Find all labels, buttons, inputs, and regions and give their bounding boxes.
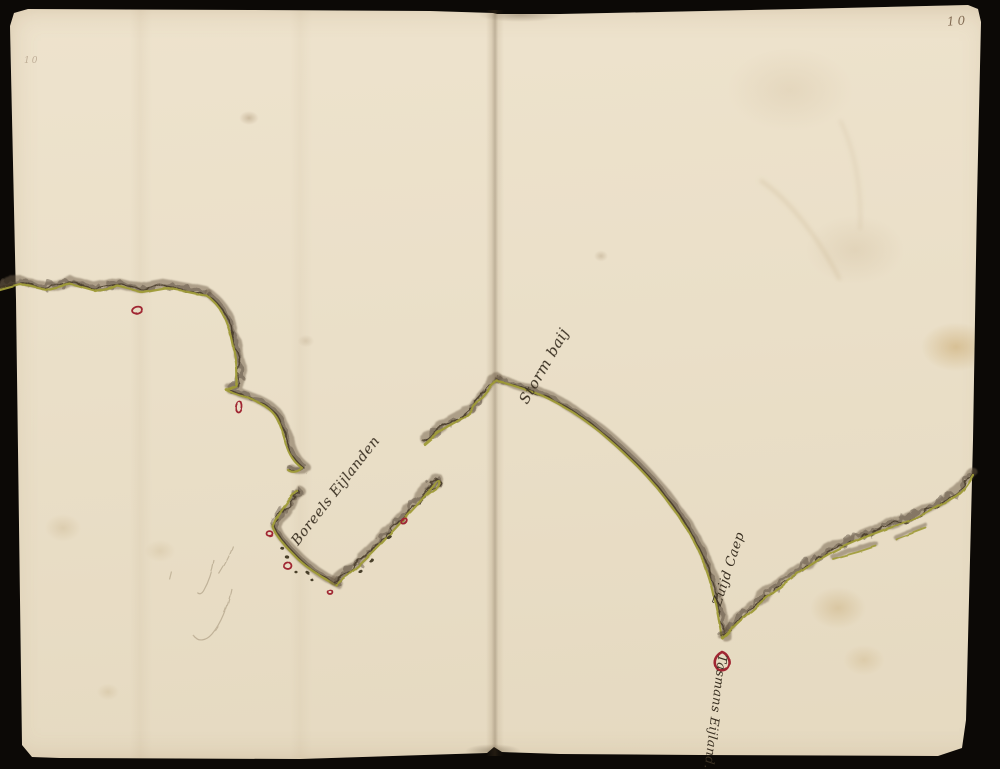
folio-number: 10	[947, 13, 969, 28]
folio-number-faint: 10	[24, 56, 39, 66]
map-page-spread	[0, 0, 1000, 769]
atlas-spread: Storm baij Boreels Eijlanden Zuijd Caep …	[0, 0, 1000, 769]
